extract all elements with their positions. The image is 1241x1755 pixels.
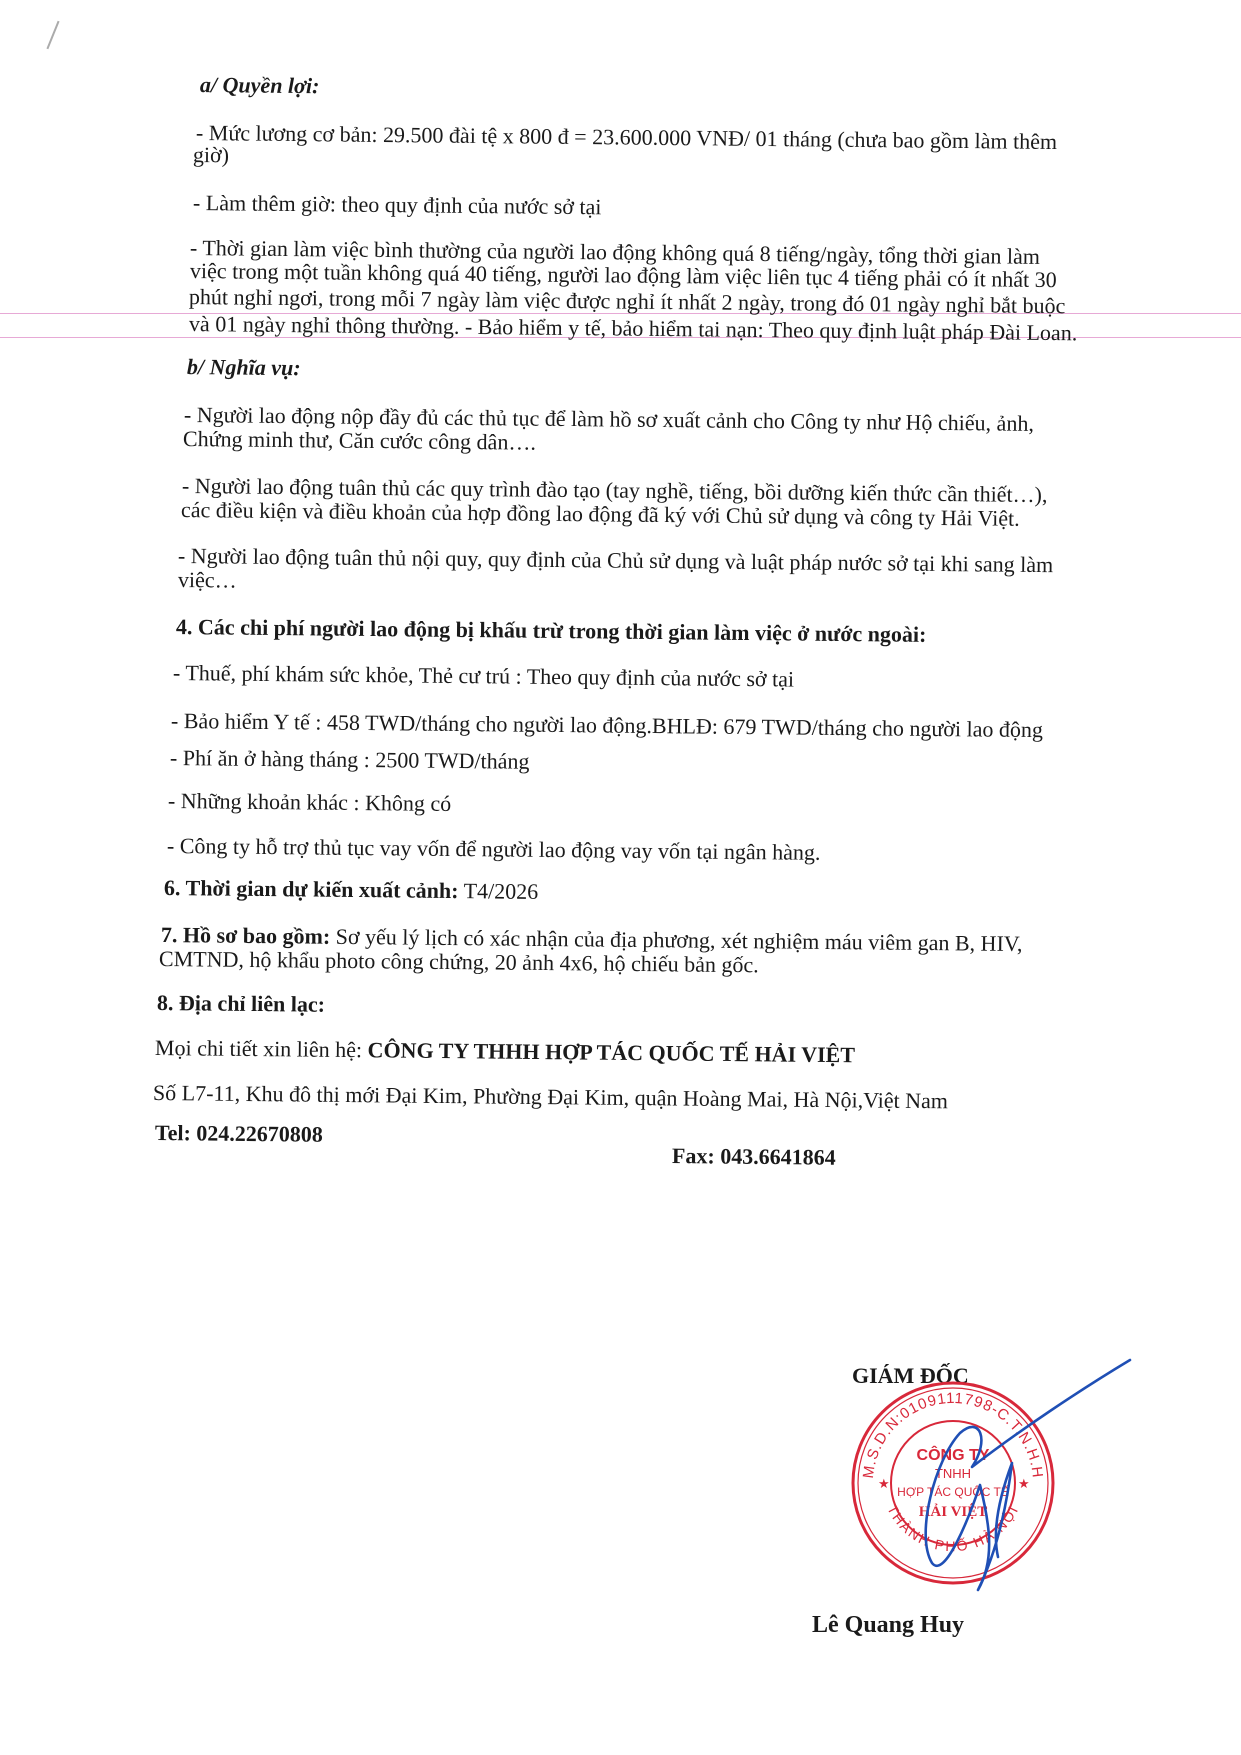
deduction-line-3: - Phí ăn ở hàng tháng : 2500 TWD/tháng	[170, 745, 530, 775]
deduction-line-1: - Thuế, phí khám sức khỏe, Thẻ cư trú : …	[173, 660, 794, 693]
scan-mark	[46, 21, 59, 50]
section-a-heading: a/ Quyền lợi:	[200, 72, 320, 99]
contact-prefix: Mọi chi tiết xin liên hệ:	[155, 1035, 368, 1062]
director-name: Lê Quang Huy	[812, 1612, 964, 1638]
fax-line: Fax: 043.6641864	[672, 1143, 836, 1171]
section-8-heading: 8. Địa chỉ liên lạc:	[157, 990, 325, 1018]
deduction-line-2: - Bảo hiểm Y tế : 458 TWD/tháng cho ngườ…	[171, 708, 1043, 743]
document-page: a/ Quyền lợi: - Mức lương cơ bản: 29.500…	[0, 0, 1241, 1755]
section-6-value: T4/2026	[458, 878, 538, 904]
section-7-cont: CMTND, hộ khẩu photo công chứng, 20 ảnh …	[159, 946, 759, 978]
address-line: Số L7-11, Khu đô thị mới Đại Kim, Phường…	[153, 1080, 948, 1114]
obligation-line-1-cont: Chứng minh thư, Căn cước công dân….	[183, 426, 536, 456]
salary-line-cont: giờ)	[193, 142, 229, 168]
section-6: 6. Thời gian dự kiến xuất cảnh: T4/2026	[164, 875, 538, 905]
deduction-line-5: - Công ty hỗ trợ thủ tục vay vốn để ngườ…	[167, 833, 821, 866]
section-b-heading: b/ Nghĩa vụ:	[187, 354, 301, 381]
signature-icon	[880, 1345, 1140, 1615]
section-7-label: 7. Hồ sơ bao gồm:	[161, 922, 331, 949]
tel-line: Tel: 024.22670808	[155, 1120, 323, 1148]
obligation-line-3-cont: việc…	[178, 567, 237, 594]
section-6-label: 6. Thời gian dự kiến xuất cảnh:	[164, 875, 459, 903]
obligation-line-3: - Người lao động tuân thủ nội quy, quy đ…	[178, 543, 1053, 578]
contact-line: Mọi chi tiết xin liên hệ: CÔNG TY THHH H…	[155, 1035, 855, 1068]
deduction-line-4: - Những khoản khác : Không có	[168, 788, 451, 817]
overtime-line: - Làm thêm giờ: theo quy định của nước s…	[193, 190, 602, 220]
company-name: CÔNG TY THHH HỢP TÁC QUỐC TẾ HẢI VIỆT	[368, 1037, 856, 1067]
salary-line: - Mức lương cơ bản: 29.500 đài tệ x 800 …	[196, 120, 1057, 155]
section-4-heading: 4. Các chi phí người lao động bị khấu tr…	[176, 614, 927, 648]
